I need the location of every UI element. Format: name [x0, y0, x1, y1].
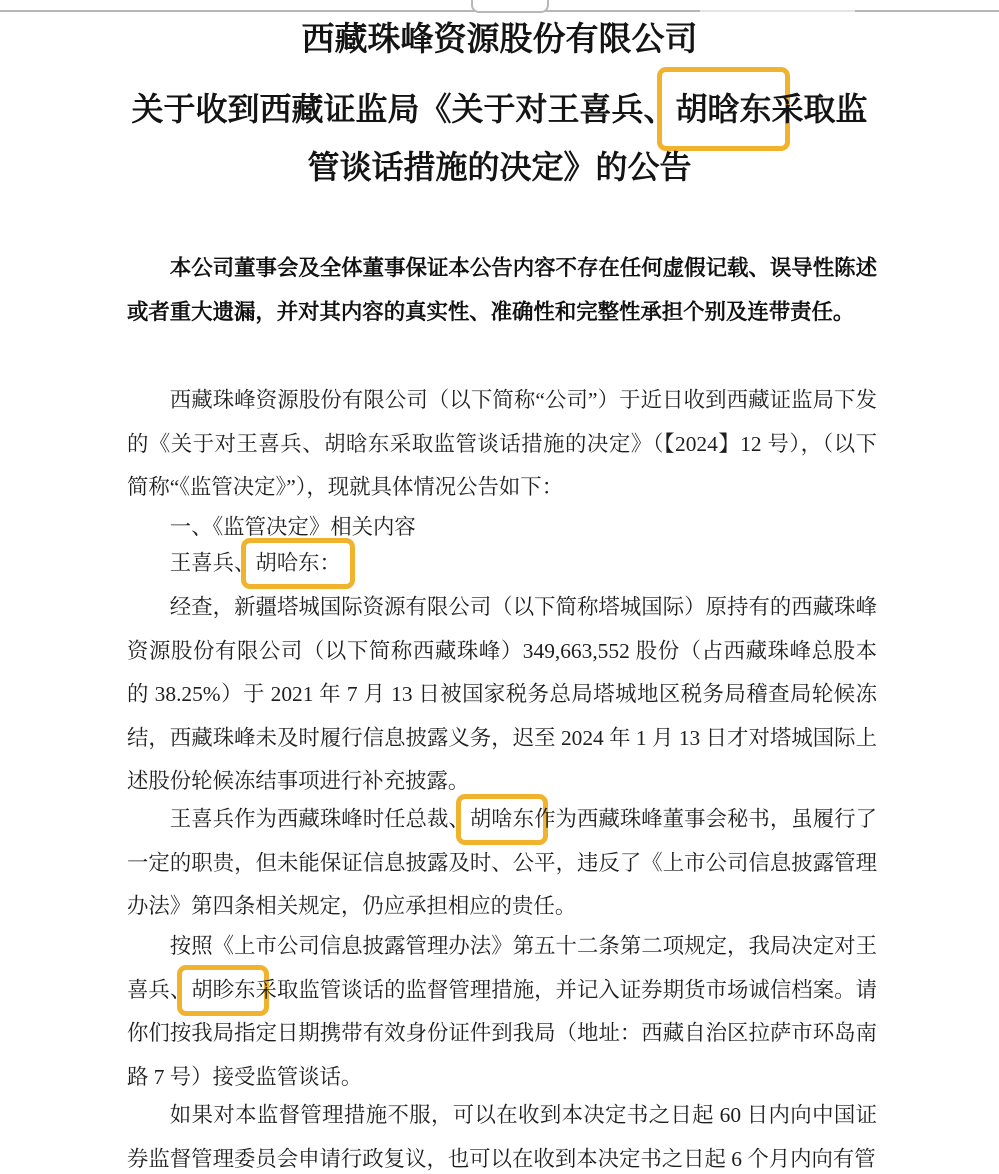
responsibility-pre: 王喜兵作为西藏珠峰时任总裁、 — [170, 807, 470, 831]
decision-paragraph: 按照《上市公司信息披露管理办法》第五十二条第二项规定，我局决定对王喜兵、胡眕东采… — [127, 925, 877, 1099]
announcement-title-line-1: 关于收到西藏证监局《关于对王喜兵、胡晗东采取监 — [0, 93, 999, 127]
announcement-title-line-2: 管谈话措施的决定》的公告 — [0, 151, 999, 185]
intro-paragraph: 西藏珠峰资源股份有限公司（以下简称“公司”）于近日收到西藏证监局下发的《关于对王… — [127, 379, 877, 510]
facts-paragraph: 经查，新疆塔城国际资源有限公司（以下简称塔城国际）原持有的西藏珠峰资源股份有限公… — [127, 586, 877, 804]
document-page: 西藏珠峰资源股份有限公司 关于收到西藏证监局《关于对王喜兵、胡晗东采取监 管谈话… — [0, 0, 999, 1174]
top-divider-line-light-segment — [700, 10, 855, 12]
top-handle[interactable] — [471, 0, 549, 13]
salutation-line: 王喜兵、胡哈东： — [127, 542, 877, 586]
highlight-box-salutation: 胡哈东： — [241, 538, 355, 589]
highlighted-name-responsibility: 胡啥东 — [470, 807, 534, 831]
responsibility-paragraph: 王喜兵作为西藏珠峰时任总裁、胡啥东作为西藏珠峰董事会秘书，虽履行了一定的职贵，但… — [127, 798, 877, 929]
announcement-title-pre: 关于收到西藏证监局《关于对王喜兵、 — [131, 91, 675, 127]
disclaimer-paragraph: 本公司董事会及全体董事保证本公告内容不存在任何虚假记载、误导性陈述或者重大遗漏，… — [127, 247, 877, 334]
company-title: 西藏珠峰资源股份有限公司 — [0, 22, 999, 57]
highlight-box-title: 胡晗东 — [657, 67, 789, 151]
highlighted-name-decision: 胡眕东 — [191, 978, 255, 1002]
highlighted-name-salutation: 胡哈东： — [255, 551, 341, 575]
announcement-title-post: 采取监 — [772, 91, 868, 127]
highlighted-name-title: 胡晗东 — [675, 91, 771, 127]
appeal-paragraph: 如果对本监督管理措施不服，可以在收到本决定书之日起 60 日内向中国证券监督管理… — [127, 1094, 877, 1174]
